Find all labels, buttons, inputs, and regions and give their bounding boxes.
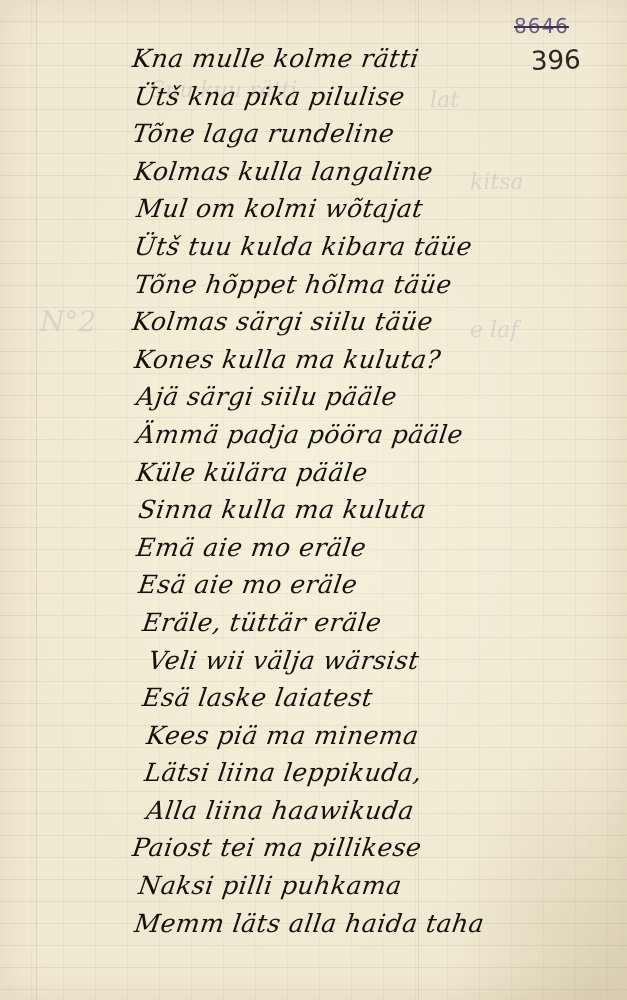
verse-line: Memm läts alla haida taha bbox=[132, 905, 487, 943]
verse-line: Lätsi liina leppikuda, bbox=[142, 754, 487, 792]
verse-line: Alla liina haawikuda bbox=[144, 792, 487, 830]
verse-line: Ütš tuu kulda kibara täüe bbox=[132, 228, 487, 266]
verse-line: Kolmas kulla langaline bbox=[132, 153, 487, 191]
verse-line: Eräle, tüttär eräle bbox=[140, 604, 487, 642]
verse-line: Mul om kolmi wõtajat bbox=[134, 190, 487, 228]
verse-line: Paiost tei ma pillikese bbox=[130, 829, 487, 867]
verse-line: Ämmä padja pööra pääle bbox=[134, 416, 487, 454]
verse-line: Ütš kna pika pilulise bbox=[132, 78, 487, 116]
verse-line: Ajä särgi siilu pääle bbox=[134, 378, 487, 416]
margin-rule-left bbox=[36, 0, 37, 1000]
verse-line: Kolmas särgi siilu täüe bbox=[130, 303, 487, 341]
verse-line: Kones kulla ma kuluta? bbox=[132, 341, 487, 379]
verse-line: Emä aie mo eräle bbox=[134, 529, 487, 567]
archive-number-crossed-out: 8646 bbox=[514, 14, 569, 38]
verse-line: Küle külära pääle bbox=[134, 454, 487, 492]
verse-text: Kna mulle kolme rätti Ütš kna pika pilul… bbox=[130, 40, 482, 942]
manuscript-page: Suu kuu rätti N°2 lat kitsa e laf 8646 3… bbox=[0, 0, 627, 1000]
verse-line: Kees piä ma minema bbox=[144, 717, 487, 755]
bleed-through-mark: N°2 bbox=[40, 305, 96, 338]
verse-line: Tõne hõppet hõlma täüe bbox=[132, 266, 487, 304]
verse-line: Veli wii välja wärsist bbox=[146, 642, 487, 680]
verse-line: Naksi pilli puhkama bbox=[136, 867, 487, 905]
verse-line: Tõne laga rundeline bbox=[130, 115, 487, 153]
verse-line: Sinna kulla ma kuluta bbox=[136, 491, 487, 529]
verse-line: Esä laske laiatest bbox=[140, 679, 487, 717]
verse-line: Esä aie mo eräle bbox=[136, 566, 487, 604]
verse-line: Kna mulle kolme rätti bbox=[130, 40, 487, 78]
archive-number: 396 bbox=[530, 45, 581, 77]
